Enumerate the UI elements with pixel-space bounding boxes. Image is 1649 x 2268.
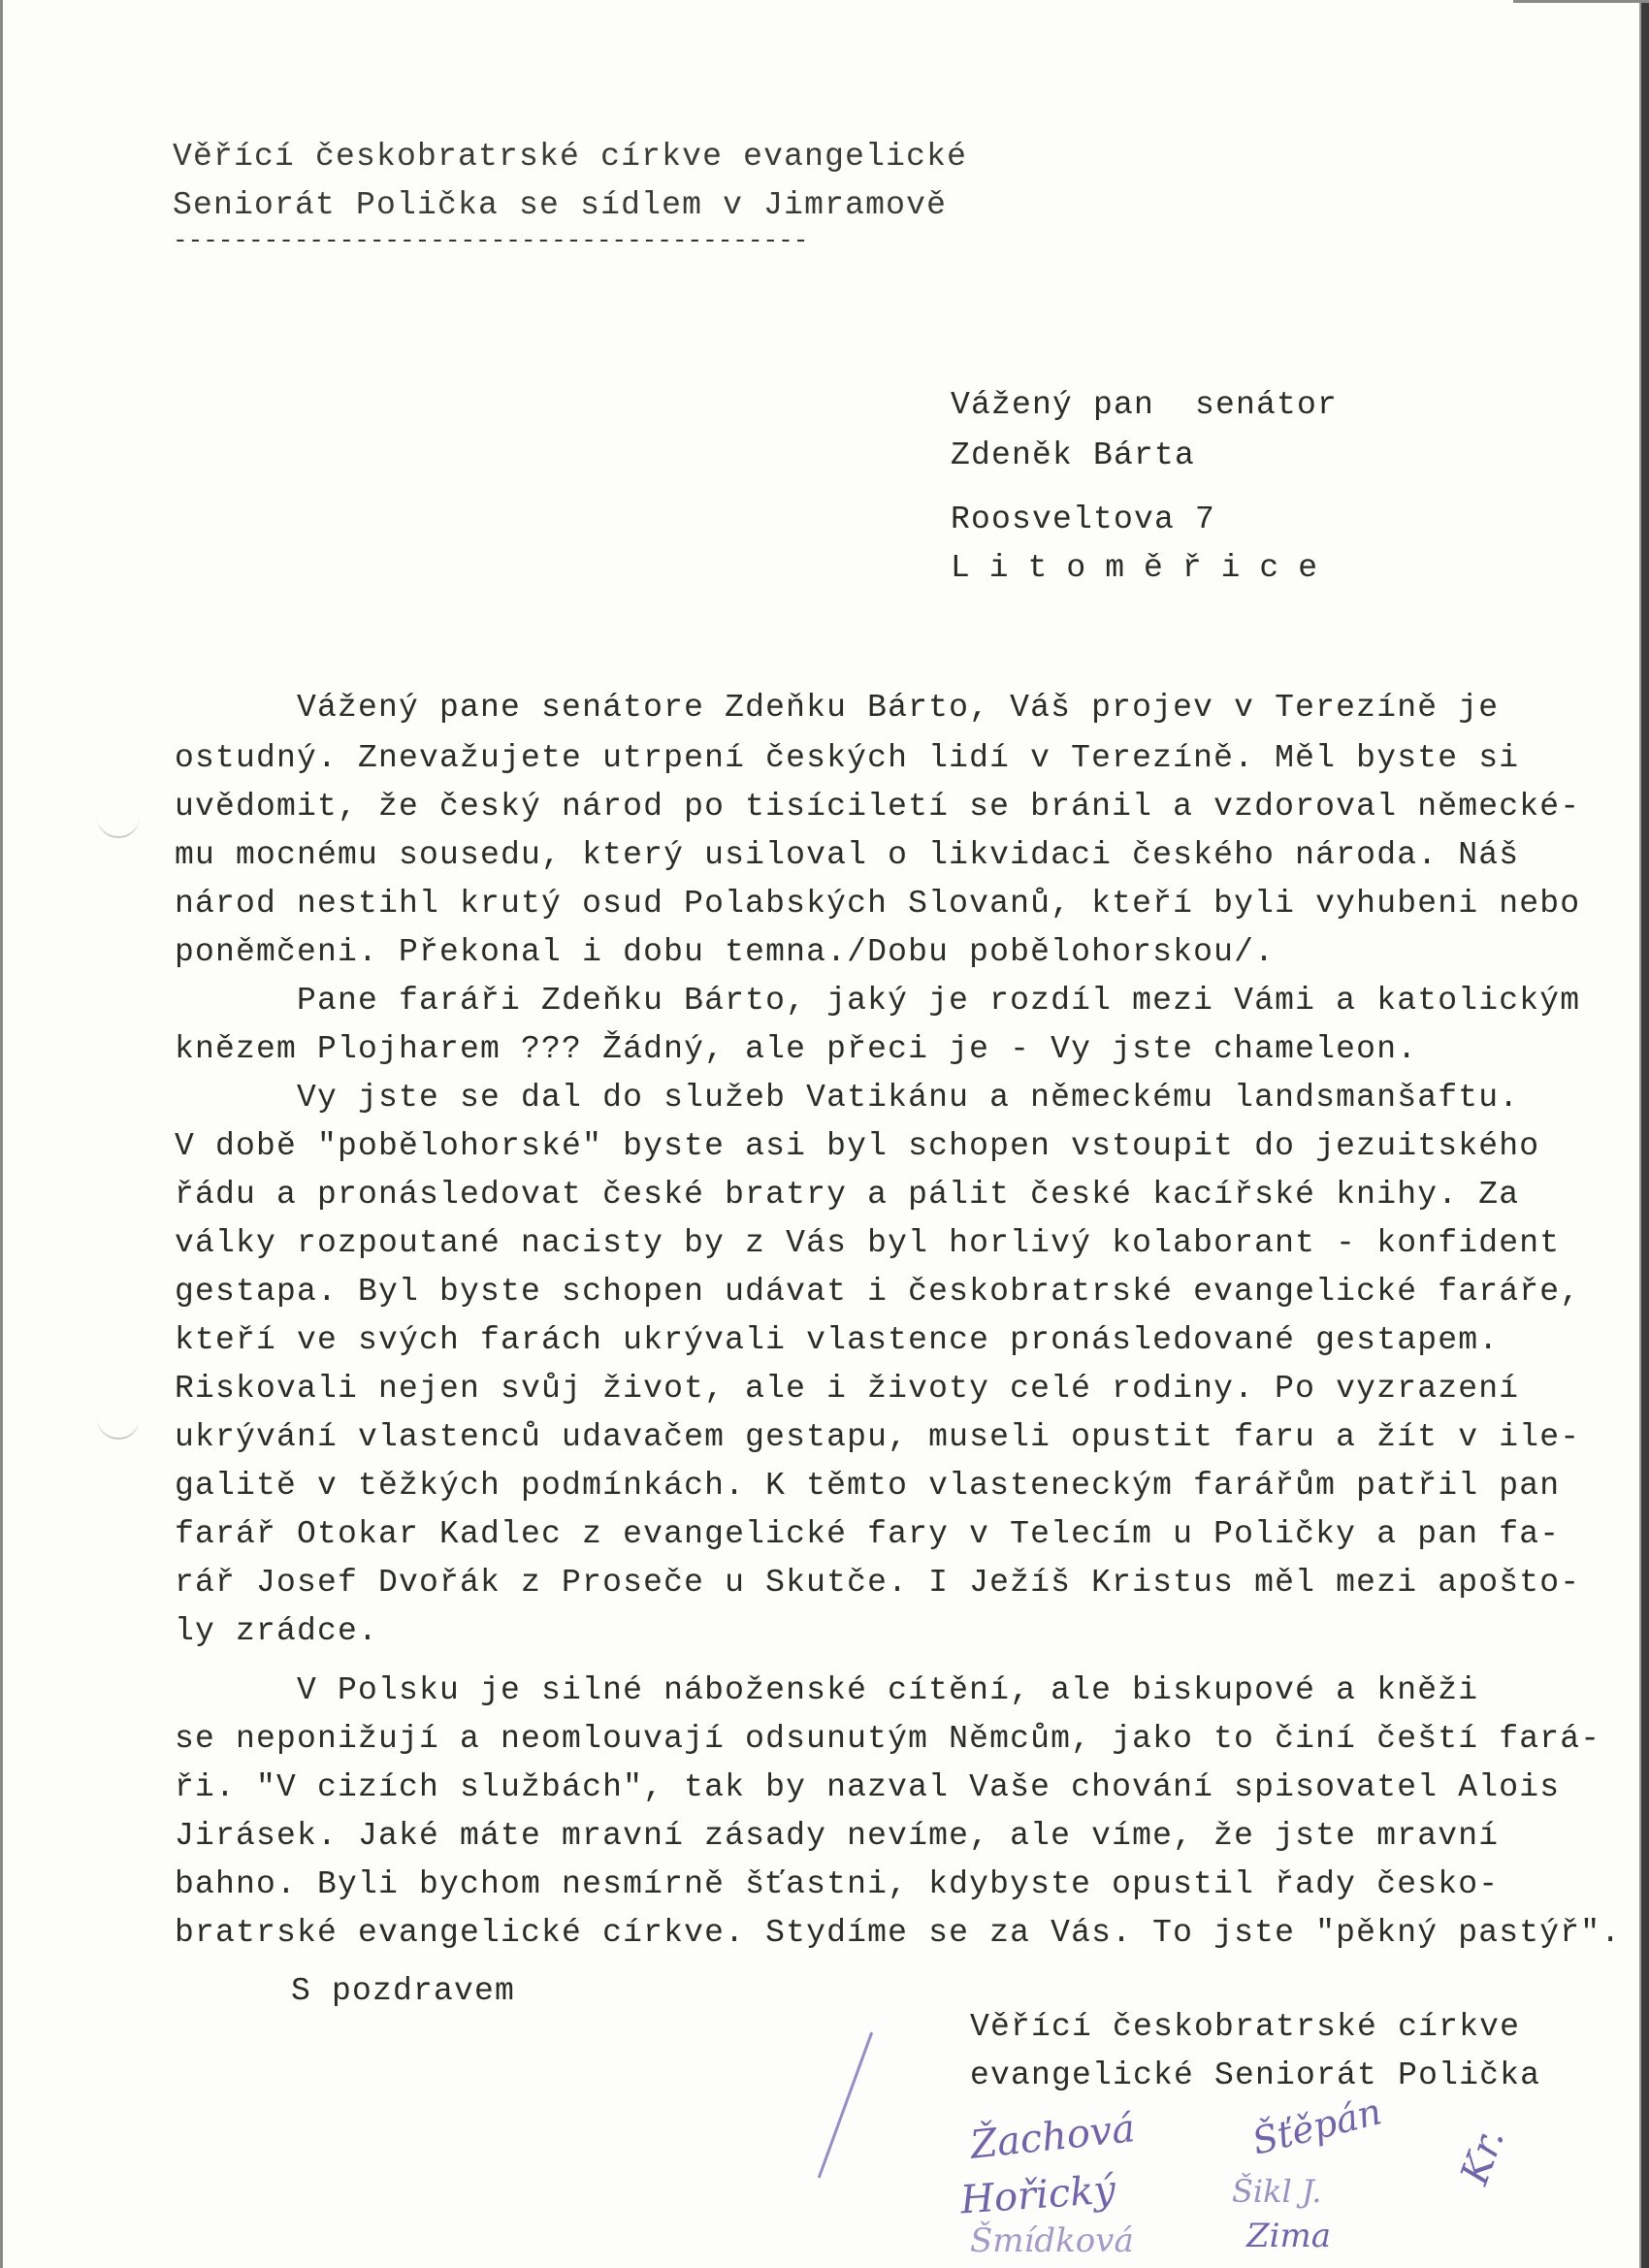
signatory-line-2: evangelické Seniorát Polička: [970, 2057, 1540, 2095]
closing-greeting: S pozdravem: [291, 1972, 515, 2011]
signature: Žachová: [968, 2106, 1137, 2168]
body-line: národ nestihl krutý osud Polabských Slov…: [175, 885, 1580, 923]
signature: Šťěpán: [1248, 2090, 1386, 2162]
body-line: Pane faráři Zdeňku Bárto, jaký je rozdíl…: [175, 982, 1580, 1021]
letterhead-line-1: Věřící českobratrské církve evangelické: [173, 138, 967, 177]
signature: Hořický: [959, 2167, 1117, 2222]
body-line: Vážený pane senátore Zdeňku Bárto, Váš p…: [175, 689, 1499, 728]
letterhead-line-2: Seniorát Polička se sídlem v Jimramově: [173, 186, 947, 225]
body-line: Vy jste se dal do služeb Vatikánu a něme…: [175, 1079, 1519, 1118]
letterhead-rule: ----------------------------------------…: [173, 221, 808, 260]
body-line: gestapa. Byl byste schopen udávat i česk…: [175, 1273, 1580, 1312]
body-line: ly zrádce.: [175, 1612, 378, 1651]
body-line: Jirásek. Jaké máte mravní zásady nevíme,…: [175, 1817, 1499, 1856]
body-line: V Polsku je silné náboženské cítění, ale…: [175, 1671, 1478, 1710]
body-line: farář Otokar Kadlec z evangelické fary v…: [175, 1515, 1560, 1554]
scan-border-top: [1513, 0, 1649, 3]
body-line: V době "pobělohorské" byste asi byl scho…: [175, 1127, 1539, 1166]
body-line: bratrské evangelické církve. Stydíme se …: [175, 1914, 1621, 1953]
body-line: knězem Plojharem ??? Žádný, ale přeci je…: [175, 1030, 1417, 1069]
body-line: řádu a pronásledovat české bratry a páli…: [175, 1176, 1519, 1215]
letter-page: Věřící českobratrské církve evangelické …: [0, 0, 1649, 2268]
signature: Kr.: [1452, 2122, 1513, 2190]
signatory-line-1: Věřící českobratrské církve: [970, 2008, 1520, 2047]
body-line: se neponižují a neomlouvají odsunutým Ně…: [175, 1720, 1600, 1759]
recipient-salutation: Vážený pan senátor: [951, 386, 1338, 425]
scan-border-right: [1641, 0, 1649, 2268]
signature: Zima: [1246, 2217, 1331, 2255]
body-line: Riskovali nejen svůj život, ale i životy…: [175, 1370, 1519, 1409]
body-line: ukrývání vlastenců udavačem gestapu, mus…: [175, 1418, 1580, 1457]
body-line: bahno. Byli bychom nesmírně šťastni, kdy…: [175, 1865, 1499, 1904]
scan-border-left: [0, 0, 3, 2268]
body-line: rář Josef Dvořák z Proseče u Skutče. I J…: [175, 1564, 1580, 1603]
body-line: uvědomit, že český národ po tisíciletí s…: [175, 788, 1580, 826]
punch-hole-mark: [97, 1418, 140, 1440]
signature: Šmídková: [970, 2221, 1134, 2260]
body-line: poněmčeni. Překonal i dobu temna./Dobu p…: [175, 933, 1275, 972]
body-line: galitě v těžkých podmínkách. K těmto vla…: [175, 1467, 1560, 1506]
recipient-name: Zdeněk Bárta: [951, 437, 1195, 475]
body-line: ostudný. Znevažujete utrpení českých lid…: [175, 739, 1519, 778]
signature-stroke: [818, 2031, 874, 2178]
body-line: kteří ve svých farách ukrývali vlastence…: [175, 1321, 1499, 1360]
signature: Šikl J.: [1232, 2173, 1321, 2210]
body-line: mu mocnému sousedu, který usiloval o lik…: [175, 836, 1519, 875]
body-line: války rozpoutané nacisty by z Vás byl ho…: [175, 1224, 1560, 1263]
recipient-street: Roosveltova 7: [951, 501, 1215, 539]
body-line: ři. "V cizích službách", tak by nazval V…: [175, 1768, 1560, 1807]
recipient-city: Litoměřice: [951, 549, 1337, 588]
punch-hole-mark: [97, 817, 140, 838]
